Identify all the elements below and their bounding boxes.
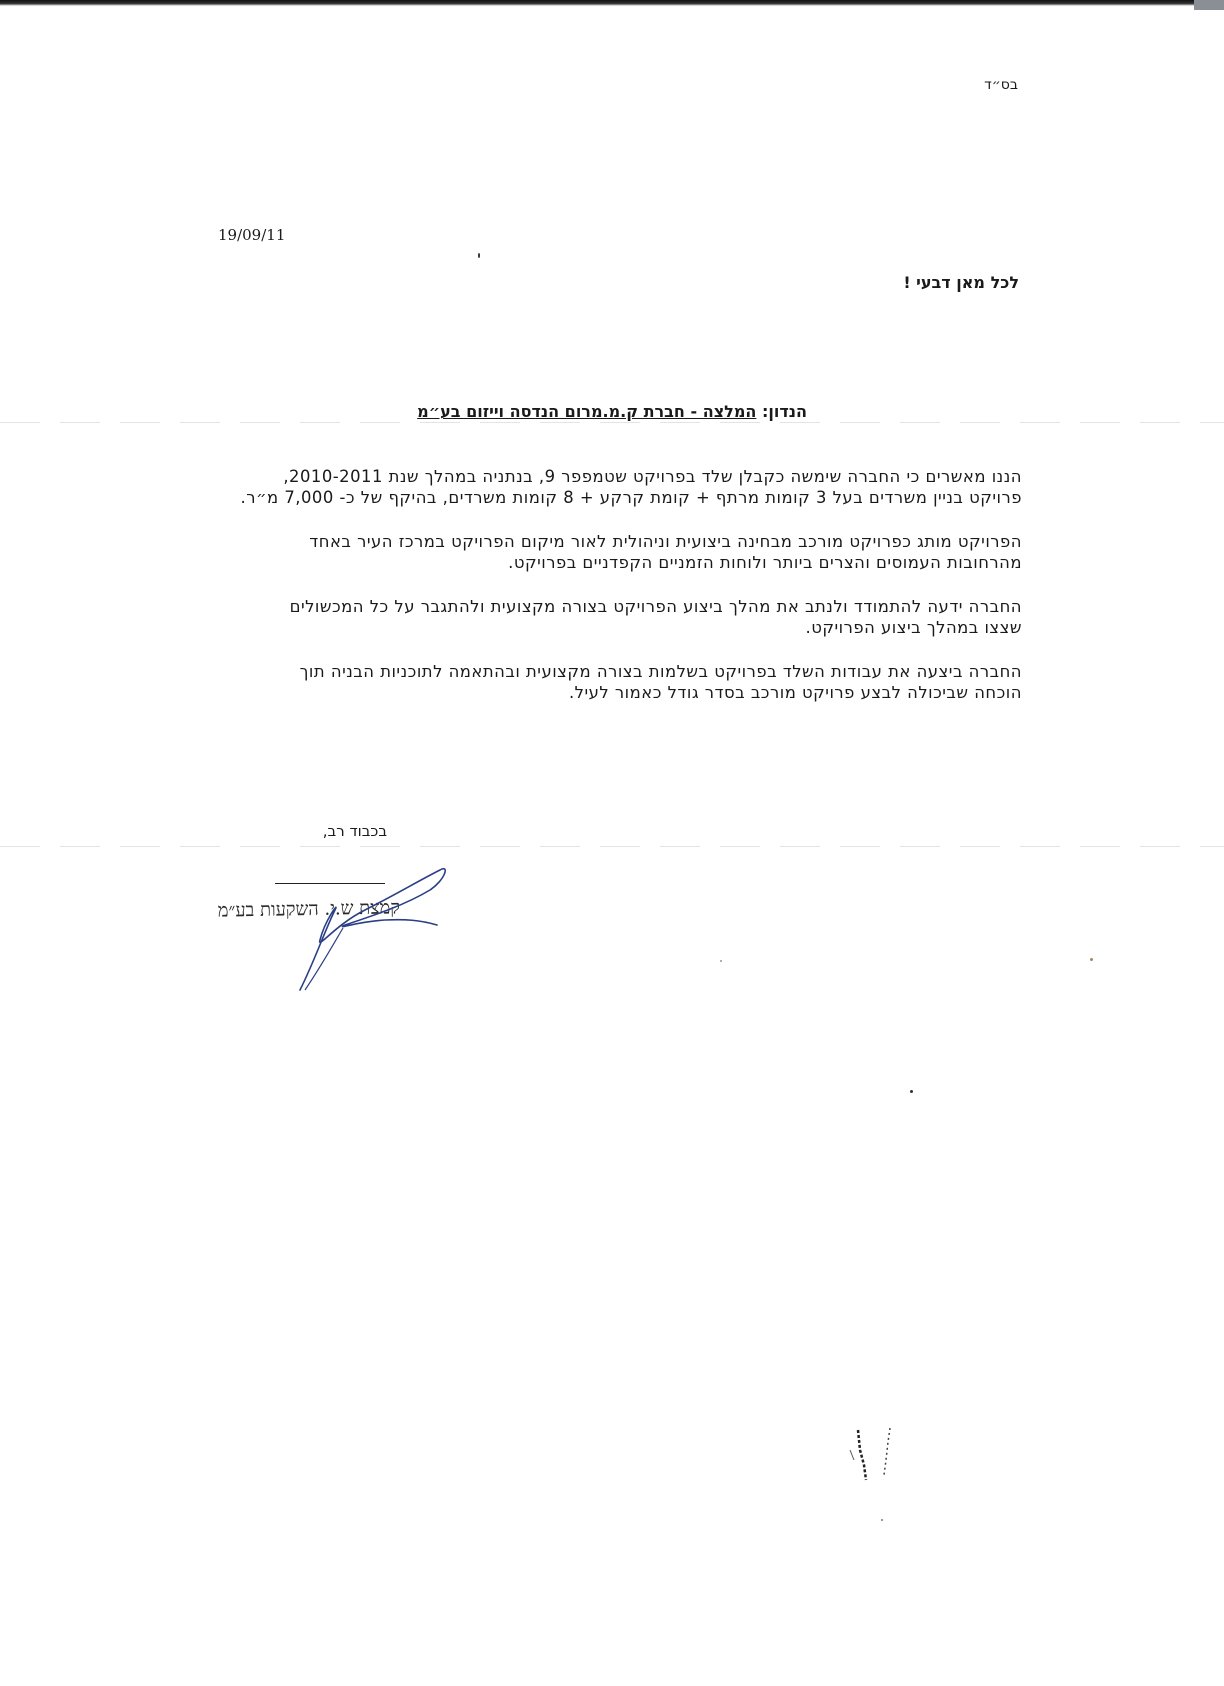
body-paragraph: החברה ידעה להתמודד ולנתב את מהלך ביצוע ה…	[192, 596, 1022, 638]
paragraph-line: הפרויקט מותג כפרויקט מורכב מבחינה ביצועי…	[192, 531, 1022, 552]
scan-speck	[910, 1090, 913, 1093]
body-paragraph: הננו מאשרים כי החברה שימשה כקבלן שלד בפר…	[192, 466, 1022, 508]
paragraph-line: שצצו במהלך ביצוע הפרויקט.	[192, 617, 1022, 638]
letter-body: הננו מאשרים כי החברה שימשה כקבלן שלד בפר…	[192, 466, 1022, 726]
paragraph-line: מהרחובות העמוסים והצרים ביותר ולוחות הזמ…	[192, 552, 1022, 573]
body-paragraph: הפרויקט מותג כפרויקט מורכב מבחינה ביצועי…	[192, 531, 1022, 573]
paragraph-line: הננו מאשרים כי החברה שימשה כקבלן שלד בפר…	[192, 466, 1022, 487]
salutation: לכל מאן דבעי !	[903, 273, 1019, 292]
paper-fold-line	[0, 846, 1224, 847]
body-paragraph: החברה ביצעה את עבודות השלד בפרויקט בשלמו…	[192, 661, 1022, 703]
scan-speck	[1090, 958, 1093, 961]
paragraph-line: פרויקט בניין משרדים בעל 3 קומות מרתף + ק…	[192, 487, 1022, 508]
header-mark: בס״ד	[984, 77, 1018, 93]
closing-phrase: בכבוד רב,	[323, 822, 387, 840]
paragraph-line: הוכחה שביכולה לבצע פרויקט מורכב בסדר גוד…	[192, 682, 1022, 703]
signature-block: קמצת ש.י. השקעות בע״מ	[205, 850, 465, 1000]
subject-text: המלצה - חברת ק.מ.מרום הנדסה וייזום בע״מ	[417, 402, 756, 421]
letter-date: 19/09/11	[218, 226, 285, 244]
handwritten-signature-icon	[205, 850, 465, 1000]
subject-label: הנדון:	[762, 402, 807, 421]
paragraph-line: החברה ביצעה את עבודות השלד בפרויקט בשלמו…	[192, 661, 1022, 682]
paragraph-line: החברה ידעה להתמודד ולנתב את מהלך ביצוע ה…	[192, 596, 1022, 617]
subject-line: הנדון: המלצה - חברת ק.מ.מרום הנדסה וייזו…	[417, 402, 807, 421]
scan-speck	[478, 253, 480, 258]
paper-fold-line	[0, 422, 1224, 423]
scan-top-edge	[0, 0, 1224, 6]
scan-speck	[720, 960, 722, 962]
ink-smudge-icon	[840, 1420, 920, 1530]
